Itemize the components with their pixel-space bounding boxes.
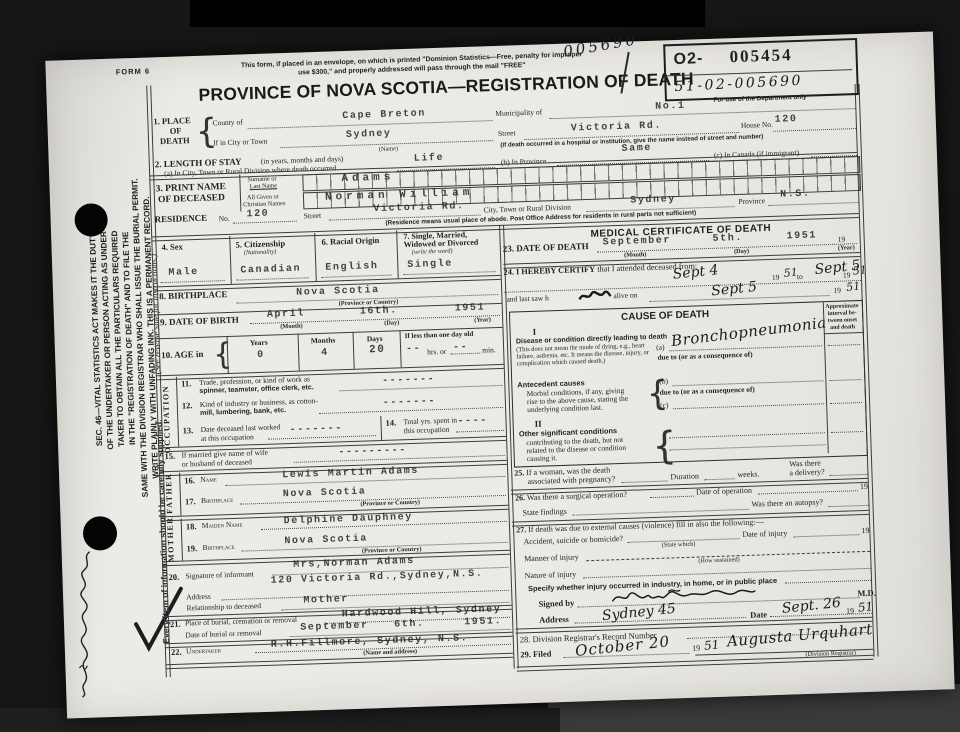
- field25-label2: associated with pregnancy?: [527, 475, 615, 486]
- field27-nature: Nature of injury: [525, 571, 577, 581]
- field26-autopsy: Was there an autopsy?: [751, 498, 823, 509]
- field29-label: 29. Filed: [520, 649, 551, 659]
- residence-no-value: 120: [246, 210, 269, 221]
- department-stamp-box: O2- 005454 51-02-005690: [663, 38, 859, 101]
- mother-rule: [181, 519, 183, 561]
- age-min-label: min.: [482, 346, 496, 354]
- attended-to-year-hw: 51: [852, 264, 867, 277]
- death-day-value: 5th.: [712, 234, 743, 246]
- field26-line1: [650, 496, 694, 498]
- cause-b-label: (b): [659, 377, 668, 385]
- burial-date-day: 6th.: [394, 620, 425, 632]
- field26-dateop: Date of operation: [696, 487, 752, 497]
- field9-month-sub: (Month): [280, 324, 303, 331]
- residence-street-label: Street: [304, 212, 322, 220]
- morbid-line3: underlying condition last.: [527, 404, 603, 414]
- field29-19: 19: [692, 645, 700, 654]
- county-label: County of: [212, 118, 242, 127]
- value-line: [322, 275, 392, 278]
- age-years-label: Years: [250, 339, 268, 347]
- age-less-label: If less than one day old: [405, 331, 474, 341]
- municipality-line: [550, 108, 856, 119]
- field22-no: 22.: [171, 648, 182, 657]
- other-line-a: [669, 432, 825, 438]
- field13-label2: at this occupation: [201, 433, 254, 443]
- birthplace-value: Nova Scotia: [296, 286, 380, 299]
- field24-to: to: [797, 273, 803, 281]
- citizenship-value: Canadian: [240, 265, 301, 278]
- field16-label: Name: [200, 475, 217, 483]
- cause-section1: I: [532, 328, 536, 338]
- field2b-value: Same: [621, 144, 652, 156]
- father-rule: [179, 473, 181, 516]
- field14-value: ----: [457, 416, 488, 428]
- disease-note: (This does not mean the mode of dying, e…: [516, 342, 657, 368]
- field16-no: 16.: [184, 476, 195, 485]
- field4-label: 4. Sex: [161, 242, 183, 252]
- field1-label2: OF: [170, 126, 182, 135]
- field19-no: 19.: [186, 544, 197, 553]
- signed-by-label: Signed by: [538, 599, 574, 609]
- field25-delivery: a delivery?: [789, 468, 825, 478]
- field27-statewhich: (State which): [662, 542, 696, 550]
- name-cell-rule: [239, 175, 241, 212]
- informant-address-value: 120 Victoria Rd.,Sydney,N.S.: [271, 570, 484, 588]
- house-label: House No.: [741, 121, 773, 130]
- field13-line: [268, 435, 376, 440]
- father-side-label: FATHER: [165, 469, 175, 517]
- field9-year-sub: (Year): [474, 317, 491, 324]
- field20-relationship-label: Relationship to deceased: [186, 602, 261, 612]
- municipality-value: No.1: [655, 102, 686, 114]
- field18-no: 18.: [186, 522, 197, 531]
- surname-label2: Last Name: [250, 183, 278, 191]
- death-registration-document: FORM 6 SEC. 46—VITAL STATISTICS ACT MAKE…: [45, 31, 954, 718]
- field27-19: 19: [861, 527, 869, 536]
- death-month-value: September: [603, 236, 672, 249]
- cell-rule: [229, 236, 232, 284]
- field25-duration: Duration: [670, 472, 699, 481]
- residence-division-label: City, Town or Rural Division: [483, 204, 571, 215]
- field22-label: Undertaker: [186, 646, 221, 655]
- city-label: If in City or Town: [213, 138, 268, 148]
- field21-label: Place of burial, cremation or removal: [185, 616, 297, 628]
- field24-label-bold: 24. I HEREBY CERTIFY: [503, 265, 595, 277]
- handwritten-file-number: 51-02-005690: [674, 74, 803, 95]
- cause-c-label: (c): [660, 401, 669, 409]
- field15-label2: or husband of deceased: [182, 458, 252, 468]
- death-year-value: 1951: [786, 231, 817, 243]
- field24-19c: 19: [833, 287, 841, 295]
- residence-label: RESIDENCE: [155, 214, 208, 225]
- field23-label: 23. DATE OF DEATH: [503, 242, 589, 254]
- field20-label: Signature of informant: [185, 570, 254, 580]
- field18-label: Maiden Name: [202, 521, 243, 530]
- field25-no: 25.: [514, 468, 524, 477]
- field17-no: 17.: [185, 497, 196, 506]
- last-saw-label1: and last saw h: [506, 294, 549, 303]
- field25-line2: [705, 478, 735, 480]
- field17-label: Birthplace: [201, 496, 233, 505]
- field13-value: -------: [290, 424, 344, 436]
- field19-label: Birthplace: [202, 543, 234, 552]
- signed-19: 19: [846, 607, 854, 616]
- field20-address-line: [221, 590, 509, 601]
- field15-value: ---------: [338, 446, 407, 459]
- interval-stub: [830, 402, 862, 404]
- field11-value: -------: [382, 375, 436, 387]
- interval-header-rule: [824, 332, 863, 334]
- interval-stub: [831, 431, 863, 433]
- scan-top-bar: [190, 0, 705, 27]
- age-cell-rule: [352, 332, 354, 369]
- cause-c-line: [673, 403, 824, 409]
- field25-line1: [622, 481, 668, 484]
- field8-label: 8. BIRTHPLACE: [159, 290, 227, 302]
- interval-stub: [828, 344, 860, 346]
- field12-label2: mill, lumbering, bank, etc.: [200, 407, 286, 417]
- field26-19: 19: [860, 483, 868, 492]
- marital-status-value: Single: [407, 260, 453, 272]
- field24-19a: 19: [772, 274, 780, 282]
- field14-no: 14.: [385, 418, 396, 427]
- last-saw-hw: Sept 5: [711, 280, 758, 299]
- burial-date-year: 1951.: [464, 617, 502, 629]
- residence-province-value: N.S.: [780, 190, 811, 202]
- field12-no: 12.: [182, 401, 193, 410]
- field13-14-divider: [380, 416, 382, 440]
- field25-weeks: weeks.: [737, 470, 759, 479]
- md-label: M.D.: [857, 589, 876, 599]
- cause-a-label: (a): [656, 344, 665, 352]
- other-line-b: [670, 444, 826, 450]
- other-brace: {: [652, 423, 678, 468]
- residence-province-line: [769, 202, 859, 206]
- field21-no: 21.: [170, 620, 181, 629]
- cell-rule: [396, 230, 399, 278]
- filed-year-hw: 51: [703, 638, 719, 652]
- residence-no-line: [233, 221, 297, 224]
- field2a-value: Life: [414, 154, 445, 166]
- attended-from-hw: Sept 4: [672, 263, 719, 282]
- age-years-value: 0: [257, 351, 265, 362]
- age-days-label: Days: [367, 335, 383, 343]
- interval-stub: [829, 379, 861, 381]
- informant-value: Mrs,Norman Adams: [293, 557, 415, 572]
- division-registrar-signature: Augusta Urquhart: [726, 622, 873, 650]
- burial-date-month: September: [300, 621, 369, 634]
- residence-street-value: Victoria Rd.: [373, 202, 465, 216]
- field3-label2: OF DECEASED: [158, 194, 225, 206]
- field9-day-sub: (Day): [384, 320, 399, 327]
- sex-value: Male: [168, 268, 199, 280]
- field7-sub: (write the word): [412, 249, 453, 257]
- municipality-label: Municipality of: [495, 108, 542, 117]
- field14-line: [456, 430, 504, 433]
- last-saw-year-hw: 51: [846, 281, 861, 294]
- margin-signature-scribble: [68, 547, 103, 698]
- residence-province-label: Province: [738, 197, 765, 206]
- father-birthplace-value: Nova Scotia: [283, 487, 367, 500]
- field26-line2: [758, 490, 858, 494]
- field15-no: 15.: [164, 452, 175, 461]
- field26-no: 26.: [515, 493, 525, 502]
- street-value: Victoria Rd.: [571, 121, 663, 135]
- field5-sub: (Nationality): [244, 249, 277, 257]
- field26-label: 26. Was there a surgical operation?: [515, 491, 627, 503]
- racial-origin-value: English: [325, 262, 379, 274]
- field10-label: 10. AGE in: [161, 350, 204, 361]
- field27-no: 27.: [516, 525, 526, 534]
- other-line4: causing it.: [527, 454, 558, 463]
- field20-address-label: Address: [186, 593, 211, 602]
- field24-19b: 19: [843, 271, 851, 279]
- surname-value: Adams: [341, 172, 394, 185]
- due-to-b: due to (or as a consequence of): [660, 386, 755, 397]
- age-months-value: 4: [321, 349, 329, 360]
- field13-no: 13.: [183, 426, 194, 435]
- age-hrs-value: --: [406, 345, 422, 356]
- signed-address-label: Address: [539, 615, 569, 625]
- house-value: 120: [775, 115, 798, 126]
- last-saw-scribble: [577, 288, 611, 302]
- age-brace: {: [213, 337, 233, 373]
- field23-day-sub: (Day): [734, 249, 749, 256]
- cause-of-death-box: CAUSE OF DEATH Approximate interval be- …: [509, 300, 868, 468]
- cell-rule: [314, 233, 317, 281]
- field11-no: 11.: [181, 379, 191, 388]
- date-label: Date: [750, 610, 767, 619]
- relationship-value: Mother: [303, 595, 349, 607]
- field23-19: 19: [838, 235, 846, 243]
- field27-accident: Accident, suicide or homicide?: [523, 535, 623, 547]
- field6-label: 6. Racial Origin: [321, 236, 379, 247]
- birth-month-value: April: [267, 309, 305, 321]
- birth-day-value: 16th.: [360, 306, 398, 318]
- field26-line4: [829, 505, 869, 507]
- field14-label2: this occupation: [404, 426, 450, 435]
- field27-how: (How sustained): [698, 557, 740, 565]
- age-days-value: 20: [369, 345, 386, 357]
- age-hrs-label: hrs. or: [427, 348, 446, 357]
- value-line: [237, 277, 309, 280]
- field25-line3: [830, 474, 868, 476]
- interval-header4: and death: [825, 324, 861, 331]
- mother-birthplace-value: Nova Scotia: [284, 534, 368, 547]
- age-cell-rule: [399, 330, 401, 367]
- stamp-prefix: O2-: [673, 51, 703, 69]
- residence-no-label: No.: [219, 215, 230, 223]
- field27-line5: [785, 580, 871, 584]
- street-label: Street: [498, 129, 516, 137]
- field26-findings: State findings: [522, 508, 566, 518]
- field27-line2: [794, 534, 860, 537]
- field1-label3: DEATH: [160, 136, 190, 146]
- mother-side-label: MOTHER: [166, 514, 176, 564]
- house-line: [773, 128, 856, 132]
- occupation-rule: [176, 377, 179, 447]
- age-cell-rule: [298, 334, 300, 371]
- field9-label: 9. DATE OF BIRTH: [160, 316, 239, 328]
- due-to-a: due to (or as a consequence of): [657, 351, 752, 362]
- field24-line: [504, 280, 861, 293]
- field26-text: Was there a surgical operation?: [527, 490, 627, 502]
- birth-year-value: 1951: [455, 303, 486, 315]
- field12-value: -------: [383, 397, 437, 409]
- form-number: FORM 6: [116, 67, 151, 76]
- age-months-label: Months: [311, 336, 336, 345]
- physician-signature-scribble: [608, 583, 759, 608]
- field27-manner: Manner of injury: [524, 553, 579, 563]
- city-value: Sydney: [346, 129, 392, 141]
- age-line: [450, 353, 480, 355]
- county-value: Cape Breton: [342, 109, 426, 122]
- field20-no: 20.: [168, 573, 179, 582]
- last-saw-label2: alive on: [613, 291, 637, 300]
- field27-dateinjury: Date of injury: [742, 530, 787, 540]
- value-line: [161, 280, 225, 283]
- field21-date-label: Date of burial or removal: [185, 629, 261, 639]
- residence-division-value: Sydney: [630, 195, 676, 207]
- stamp-number: 005454: [729, 46, 793, 66]
- punch-hole-bottom: [82, 516, 117, 551]
